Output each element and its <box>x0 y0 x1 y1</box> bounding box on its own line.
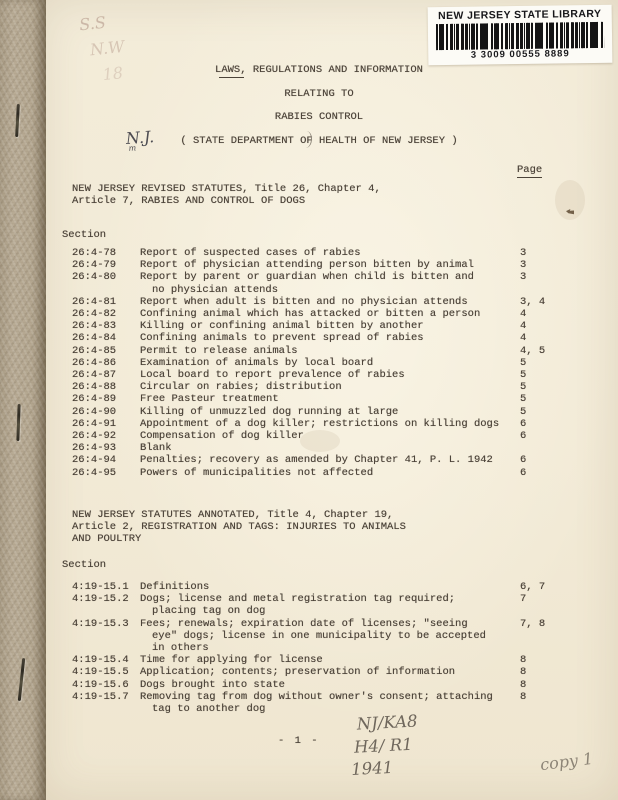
page-number: 4, 5 <box>520 345 545 357</box>
statute-number: 4:19-15.4 <box>72 654 140 666</box>
toc-row: 26:4-94Penalties; recovery as amended by… <box>72 454 578 466</box>
section-column-label: Section <box>62 559 106 571</box>
toc-row: 4:19-15.5Application; contents; preserva… <box>72 666 578 678</box>
statute-number: 4:19-15.1 <box>72 581 140 593</box>
statute-description-continued: placing tag on dog <box>72 605 578 617</box>
page-number: 3, 4 <box>520 296 545 308</box>
statute-description: Confining animal which has attacked or b… <box>140 308 480 320</box>
section-column-label: Section <box>62 229 106 241</box>
statute-description: Report of physician attending person bit… <box>140 259 474 271</box>
toc-row: 4:19-15.2Dogs; license and metal registr… <box>72 593 578 617</box>
page-number: 8 <box>520 679 526 691</box>
page-number: 6 <box>520 418 526 430</box>
statute-description: Confining animals to prevent spread of r… <box>140 332 424 344</box>
page-column-header: Page <box>517 164 542 178</box>
toc-row: 26:4-80Report by parent or guardian when… <box>72 271 578 295</box>
toc-row: 26:4-85Permit to release animals4, 5 <box>72 345 578 357</box>
section-heading-line: Article 2, REGISTRATION AND TAGS: INJURI… <box>72 521 598 533</box>
statute-description: Free Pasteur treatment <box>140 393 279 405</box>
toc-row: 4:19-15.7Removing tag from dog without o… <box>72 691 578 715</box>
page-number: 4 <box>520 308 526 320</box>
toc-row: 26:4-87Local board to report prevalence … <box>72 369 578 381</box>
library-barcode-label: NEW JERSEY STATE LIBRARY 3 3009 00555 88… <box>428 5 613 66</box>
statute-number: 26:4-90 <box>72 406 140 418</box>
page-number: 8 <box>520 691 526 703</box>
barcode-icon <box>436 22 604 50</box>
statute-number: 26:4-86 <box>72 357 140 369</box>
page-number: 8 <box>520 666 526 678</box>
page-number: 8 <box>520 654 526 666</box>
statute-description: Dogs brought into state <box>140 679 285 691</box>
statute-description: Application; contents; preservation of i… <box>140 666 455 678</box>
statute-number: 26:4-83 <box>72 320 140 332</box>
toc-row: 4:19-15.4Time for applying for license8 <box>72 654 578 666</box>
title-block: LAWS, REGULATIONS AND INFORMATION RELATI… <box>40 64 598 159</box>
statute-description: Blank <box>140 442 172 454</box>
statute-number: 26:4-89 <box>72 393 140 405</box>
statute-description: Dogs; license and metal registration tag… <box>140 593 455 605</box>
statute-number: 26:4-87 <box>72 369 140 381</box>
statute-number: 4:19-15.5 <box>72 666 140 678</box>
statute-description: Local board to report prevalence of rabi… <box>140 369 405 381</box>
statute-description-continued: eye" dogs; license in one municipality t… <box>72 630 578 642</box>
toc-row: 26:4-78Report of suspected cases of rabi… <box>72 247 578 259</box>
footer-page-number: - 1 - <box>278 735 320 747</box>
statute-number: 26:4-85 <box>72 345 140 357</box>
statute-number: 26:4-78 <box>72 247 140 259</box>
statute-number: 4:19-15.7 <box>72 691 140 703</box>
page-number: 4 <box>520 332 526 344</box>
statute-section-2: NEW JERSEY STATUTES ANNOTATED, Title 4, … <box>72 509 598 546</box>
toc-row: 4:19-15.1Definitions6, 7 <box>72 581 578 593</box>
toc-row: 26:4-95Powers of municipalities not affe… <box>72 467 578 479</box>
statute-number: 4:19-15.6 <box>72 679 140 691</box>
section-heading-line: AND POULTRY <box>72 533 598 545</box>
toc-row: 26:4-90Killing of unmuzzled dog running … <box>72 406 578 418</box>
page-number: 5 <box>520 406 526 418</box>
toc-row: 4:19-15.3Fees; renewals; expiration date… <box>72 618 578 655</box>
toc-row: 26:4-89Free Pasteur treatment5 <box>72 393 578 405</box>
barcode-number: 3 3009 00555 8889 <box>428 48 612 62</box>
statute-description: Permit to release animals <box>140 345 298 357</box>
statute-description-continued: no physician attends <box>72 284 578 296</box>
statute-description: Report when adult is bitten and no physi… <box>140 296 468 308</box>
toc-row: 26:4-82Confining animal which has attack… <box>72 308 578 320</box>
page-number: 3 <box>520 271 526 283</box>
statute-number: 26:4-94 <box>72 454 140 466</box>
statute-number: 26:4-81 <box>72 296 140 308</box>
statute-number: 26:4-80 <box>72 271 140 283</box>
statute-number: 26:4-93 <box>72 442 140 454</box>
statute-description: Fees; renewals; expiration date of licen… <box>140 618 468 630</box>
page-number: 3 <box>520 247 526 259</box>
toc-row: 26:4-91Appointment of a dog killer; rest… <box>72 418 578 430</box>
page-number: 6 <box>520 430 526 442</box>
section-heading-line: NEW JERSEY REVISED STATUTES, Title 26, C… <box>72 183 598 195</box>
section-heading: NEW JERSEY REVISED STATUTES, Title 26, C… <box>72 183 598 207</box>
page-number: 5 <box>520 381 526 393</box>
statute-description: Removing tag from dog without owner's co… <box>140 691 493 703</box>
page-number: 4 <box>520 320 526 332</box>
statute-number: 26:4-88 <box>72 381 140 393</box>
page-number: 7, 8 <box>520 618 545 630</box>
statute-description: Appointment of a dog killer; restriction… <box>140 418 499 430</box>
toc-row: 26:4-86Examination of animals by local b… <box>72 357 578 369</box>
document-title-line2: RELATING TO <box>40 88 598 100</box>
page-number: 5 <box>520 357 526 369</box>
handwritten-call-number: NJ/KA8 H4/ R1 1941 <box>356 710 420 781</box>
statute-description: Report by parent or guardian when child … <box>140 271 474 283</box>
paper-smudge <box>555 180 585 220</box>
toc-row: 26:4-84Confining animals to prevent spre… <box>72 332 578 344</box>
document-title-line3: RABIES CONTROL <box>40 111 598 123</box>
page-number: 6 <box>520 454 526 466</box>
scanned-document-page: NEW JERSEY STATE LIBRARY 3 3009 00555 88… <box>0 0 618 800</box>
page-number: 5 <box>520 393 526 405</box>
toc-row: 26:4-88Circular on rabies; distribution5 <box>72 381 578 393</box>
statute-description-continued: in others <box>72 642 578 654</box>
toc-row: 26:4-81Report when adult is bitten and n… <box>72 296 578 308</box>
section-heading-line: NEW JERSEY STATUTES ANNOTATED, Title 4, … <box>72 509 598 521</box>
statute-number: 4:19-15.3 <box>72 618 140 630</box>
statute-description: Examination of animals by local board <box>140 357 373 369</box>
toc-row: 26:4-79Report of physician attending per… <box>72 259 578 271</box>
statute-description: Powers of municipalities not affected <box>140 467 373 479</box>
document-title-line4: ( STATE DEPARTMENT OF HEALTH OF NEW JERS… <box>40 135 598 147</box>
library-name: NEW JERSEY STATE LIBRARY <box>428 8 612 23</box>
statute-description: Penalties; recovery as amended by Chapte… <box>140 454 493 466</box>
statute-description: Report of suspected cases of rabies <box>140 247 361 259</box>
statute-number: 26:4-84 <box>72 332 140 344</box>
statute-number: 26:4-82 <box>72 308 140 320</box>
statute-description: Compensation of dog killer <box>140 430 304 442</box>
section-heading: NEW JERSEY STATUTES ANNOTATED, Title 4, … <box>72 509 598 546</box>
statute-section-1: NEW JERSEY REVISED STATUTES, Title 26, C… <box>72 183 598 207</box>
statute-number: 26:4-92 <box>72 430 140 442</box>
statute-number: 26:4-95 <box>72 467 140 479</box>
section-heading-line: Article 7, RABIES AND CONTROL OF DOGS <box>72 195 598 207</box>
page-number: 3 <box>520 259 526 271</box>
handwritten-state-abbrev: N.J. m <box>125 127 155 153</box>
statute-description: Killing or confining animal bitten by an… <box>140 320 424 332</box>
statute-number: 26:4-79 <box>72 259 140 271</box>
page-number: 5 <box>520 369 526 381</box>
paper-smudge <box>300 430 340 452</box>
statute-description: Definitions <box>140 581 209 593</box>
toc-row: 4:19-15.6Dogs brought into state8 <box>72 679 578 691</box>
statute-description: Killing of unmuzzled dog running at larg… <box>140 406 398 418</box>
document-title-line1: LAWS, REGULATIONS AND INFORMATION <box>40 64 598 76</box>
page-number: 6 <box>520 467 526 479</box>
toc-rows: 4:19-15.1Definitions6, 74:19-15.2Dogs; l… <box>72 581 578 715</box>
statute-description-continued: tag to another dog <box>72 703 578 715</box>
statute-description: Time for applying for license <box>140 654 323 666</box>
page-number: 7 <box>520 593 526 605</box>
page-number: 6, 7 <box>520 581 545 593</box>
statute-number: 26:4-91 <box>72 418 140 430</box>
statute-number: 4:19-15.2 <box>72 593 140 605</box>
toc-row: 26:4-83Killing or confining animal bitte… <box>72 320 578 332</box>
title-underline-mark <box>219 77 244 78</box>
statute-description: Circular on rabies; distribution <box>140 381 342 393</box>
